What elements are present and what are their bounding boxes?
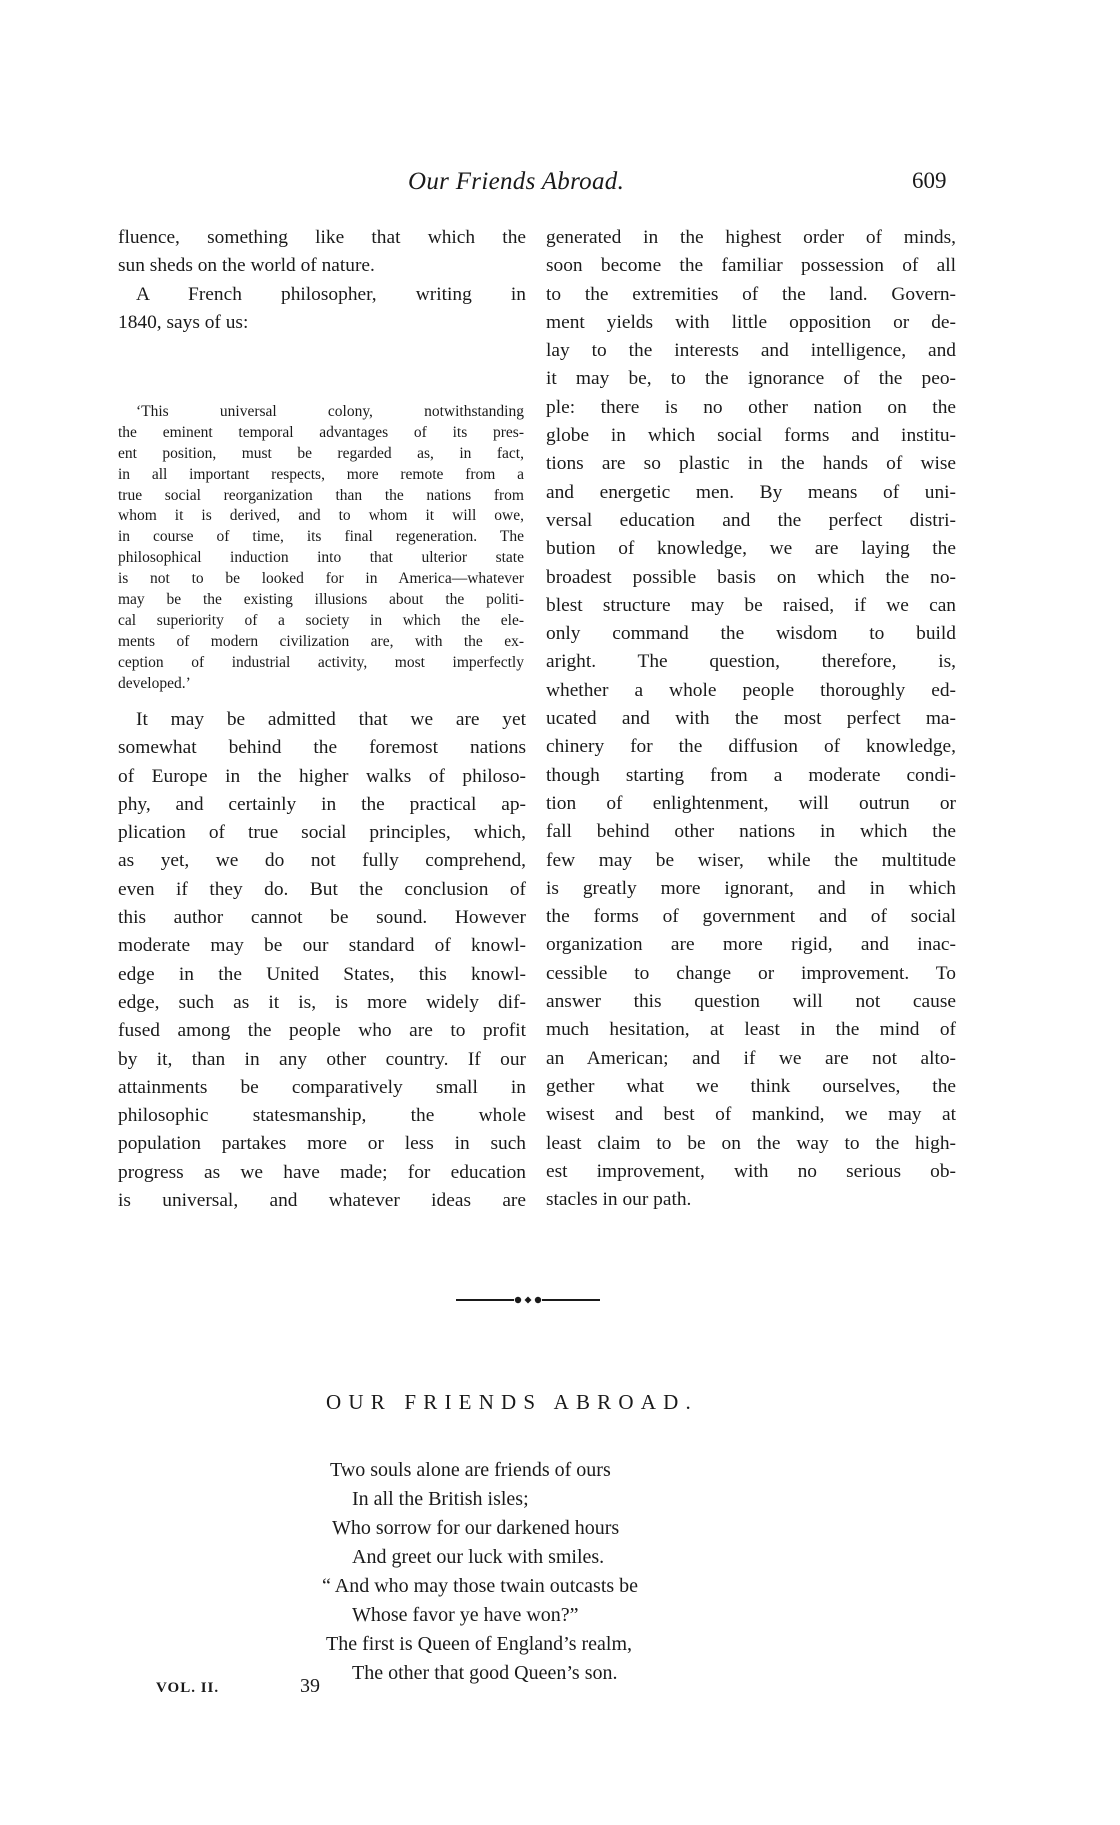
text-line: population partakes more or less in such xyxy=(118,1130,526,1158)
poem-line: And greet our luck with smiles. xyxy=(330,1543,638,1572)
quote-line: ments of modern civilization are, with t… xyxy=(118,632,524,653)
text-line: ment yields with little opposition or de… xyxy=(546,309,956,337)
text-line: aright. The question, therefore, is, xyxy=(546,648,956,676)
quote-line: may be the existing illusions about the … xyxy=(118,590,524,611)
page-number: 609 xyxy=(912,168,947,194)
text-line: to the extremities of the land. Govern- xyxy=(546,281,956,309)
poem: Two souls alone are friends of ours In a… xyxy=(330,1456,638,1688)
text-line: bution of knowledge, we are laying the xyxy=(546,535,956,563)
text-line: broadest possible basis on which the no- xyxy=(546,564,956,592)
quote-line: ception of industrial activity, most imp… xyxy=(118,653,524,674)
signature-number: 39 xyxy=(300,1675,320,1698)
text-line: attainments be comparatively small in xyxy=(118,1074,526,1102)
text-line: it may be, to the ignorance of the peo- xyxy=(546,365,956,393)
block-quote: ‘This universal colony, notwithstanding … xyxy=(118,402,524,694)
poem-line: In all the British isles; xyxy=(330,1485,638,1514)
text-line: generated in the highest order of minds, xyxy=(546,224,956,252)
text-line: few may be wiser, while the multitude xyxy=(546,847,956,875)
text-line: tions are so plastic in the hands of wis… xyxy=(546,450,956,478)
text-line: blest structure may be raised, if we can xyxy=(546,592,956,620)
text-line: edge, such as it is, is more widely dif- xyxy=(118,989,526,1017)
text-line: answer this question will not cause xyxy=(546,988,956,1016)
text-line: progress as we have made; for education xyxy=(118,1159,526,1187)
poem-line: Who sorrow for our darkened hours xyxy=(330,1514,638,1543)
text-line: ucated and with the most perfect ma- xyxy=(546,705,956,733)
text-line: stacles in our path. xyxy=(546,1186,956,1214)
text-line: is universal, and whatever ideas are xyxy=(118,1187,526,1215)
quote-line: developed.’ xyxy=(118,674,524,695)
text-line: the forms of government and of social xyxy=(546,903,956,931)
text-line: phy, and certainly in the practical ap- xyxy=(118,791,526,819)
text-line: fluence, something like that which the xyxy=(118,224,526,252)
quote-line: cal superiority of a society in which th… xyxy=(118,611,524,632)
text-line: though starting from a moderate condi- xyxy=(546,762,956,790)
poem-line: “ And who may those twain outcasts be xyxy=(322,1572,638,1601)
quote-line: is not to be looked for in America—whate… xyxy=(118,569,524,590)
text-line: A French philosopher, writing in xyxy=(118,281,526,309)
quote-line: the eminent temporal advantages of its p… xyxy=(118,423,524,444)
text-line: 1840, says of us: xyxy=(118,309,526,337)
text-line: versal education and the perfect distri- xyxy=(546,507,956,535)
quote-line: in all important respects, more remote f… xyxy=(118,465,524,486)
text-line: gether what we think ourselves, the xyxy=(546,1073,956,1101)
poem-line: The first is Queen of England’s realm, xyxy=(326,1630,638,1659)
quote-line: ‘This universal colony, notwithstanding xyxy=(118,402,524,423)
text-line: least claim to be on the way to the high… xyxy=(546,1130,956,1158)
text-line: is greatly more ignorant, and in which xyxy=(546,875,956,903)
text-line: philosophic statesmanship, the whole xyxy=(118,1102,526,1130)
running-title: Our Friends Abroad. xyxy=(408,168,624,196)
text-line: globe in which social forms and institu- xyxy=(546,422,956,450)
quote-line: philosophical induction into that ulteri… xyxy=(118,548,524,569)
text-line: chinery for the diffusion of knowledge, xyxy=(546,733,956,761)
text-line: lay to the interests and intelligence, a… xyxy=(546,337,956,365)
quote-line: true social reorganization than the nati… xyxy=(118,486,524,507)
text-line: plication of true social principles, whi… xyxy=(118,819,526,847)
text-line: and energetic men. By means of uni- xyxy=(546,479,956,507)
text-line: moderate may be our standard of knowl- xyxy=(118,932,526,960)
poem-line: The other that good Queen’s son. xyxy=(330,1659,638,1688)
text-line: even if they do. But the conclusion of xyxy=(118,876,526,904)
text-line: It may be admitted that we are yet xyxy=(118,706,526,734)
text-line: soon become the familiar possession of a… xyxy=(546,252,956,280)
text-line: organization are more rigid, and inac- xyxy=(546,931,956,959)
right-column: generated in the highest order of minds,… xyxy=(546,224,956,1214)
poem-line: Two souls alone are friends of ours xyxy=(330,1456,638,1485)
left-column-top: fluence, something like that which the s… xyxy=(118,224,526,337)
text-line: est improvement, with no serious ob- xyxy=(546,1158,956,1186)
quote-line: ent position, must be regarded as, in fa… xyxy=(118,444,524,465)
text-line: much hesitation, at least in the mind of xyxy=(546,1016,956,1044)
text-line: by it, than in any other country. If our xyxy=(118,1046,526,1074)
text-line: of Europe in the higher walks of philoso… xyxy=(118,763,526,791)
text-line: edge in the United States, this knowl- xyxy=(118,961,526,989)
text-line: cessible to change or improvement. To xyxy=(546,960,956,988)
text-line: sun sheds on the world of nature. xyxy=(118,252,526,280)
left-column-paragraph: It may be admitted that we are yet somew… xyxy=(118,706,526,1215)
poem-title: OUR FRIENDS ABROAD. xyxy=(326,1390,698,1415)
volume-label: VOL. II. xyxy=(156,1680,219,1697)
text-line: as yet, we do not fully comprehend, xyxy=(118,847,526,875)
section-divider-icon xyxy=(456,1296,600,1304)
text-line: whether a whole people thoroughly ed- xyxy=(546,677,956,705)
text-line: tion of enlightenment, will outrun or xyxy=(546,790,956,818)
quote-line: whom it is derived, and to whom it will … xyxy=(118,506,524,527)
text-line: an American; and if we are not alto- xyxy=(546,1045,956,1073)
text-line: only command the wisdom to build xyxy=(546,620,956,648)
book-page: Our Friends Abroad. 609 fluence, somethi… xyxy=(0,0,1120,1825)
text-line: somewhat behind the foremost nations xyxy=(118,734,526,762)
quote-line: in course of time, its final regeneratio… xyxy=(118,527,524,548)
text-line: ple: there is no other nation on the xyxy=(546,394,956,422)
text-line: fused among the people who are to profit xyxy=(118,1017,526,1045)
text-line: wisest and best of mankind, we may at xyxy=(546,1101,956,1129)
text-line: fall behind other nations in which the xyxy=(546,818,956,846)
poem-line: Whose favor ye have won?” xyxy=(330,1601,638,1630)
text-line: this author cannot be sound. However xyxy=(118,904,526,932)
